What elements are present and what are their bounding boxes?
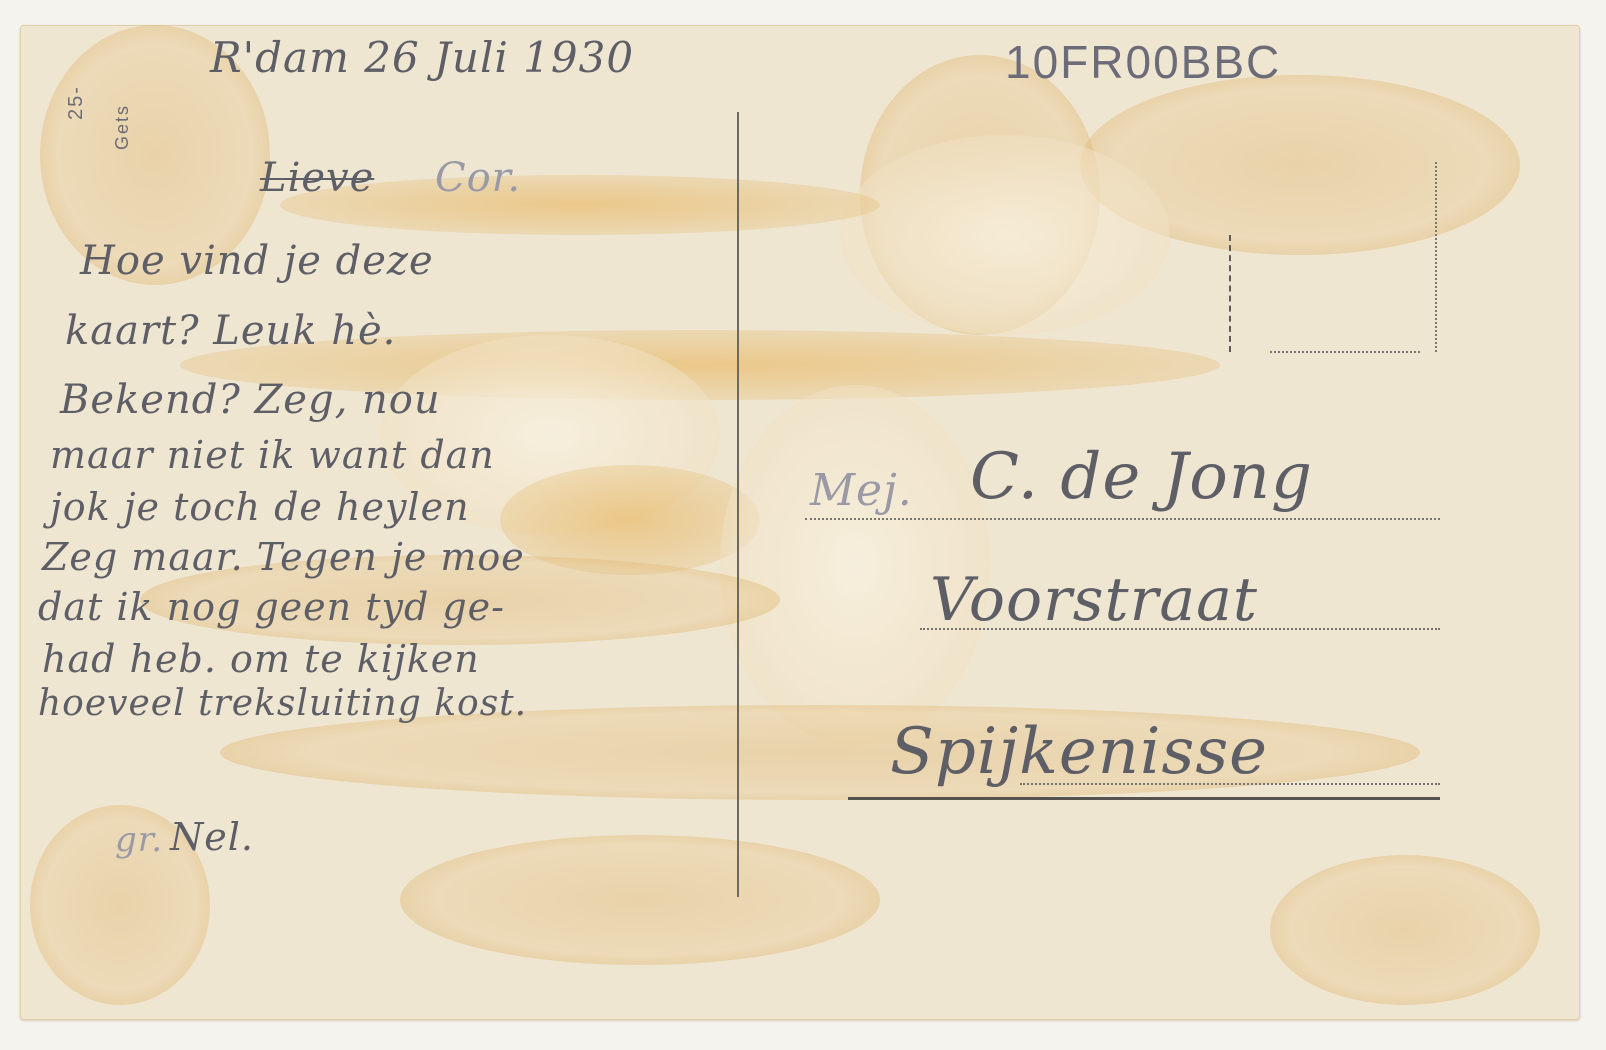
catalog-code: 10FR00BBC	[1005, 35, 1281, 89]
margin-code: Gets	[112, 104, 133, 150]
message-line: had heb. om te kijken	[42, 637, 480, 681]
address-line-4	[848, 797, 1440, 800]
stamp-box-right-edge	[1435, 162, 1437, 352]
margin-price: 25-	[65, 85, 88, 120]
stamp-box-left-edge	[1229, 235, 1231, 352]
signature-prefix: gr.	[115, 820, 163, 860]
address-salutation: Mej.	[810, 465, 913, 516]
salutation-struck: Lieve	[260, 155, 374, 201]
address-line-1	[805, 518, 1440, 520]
stamp-box-bottom-edge	[1270, 351, 1420, 353]
message-line: maar niet ik want dan	[50, 433, 495, 477]
message-line: jok je toch de heylen	[50, 485, 470, 529]
address-city: Spijkenisse	[890, 715, 1268, 789]
message-line: Bekend? Zeg, nou	[60, 377, 441, 423]
address-street: Voorstraat	[930, 565, 1258, 635]
message-line: hoeveel treksluiting kost.	[38, 683, 527, 724]
vertical-divider	[737, 112, 739, 897]
signature: Nel.	[170, 815, 254, 859]
message-line: Hoe vind je deze	[80, 238, 434, 284]
message-line: kaart? Leuk hè.	[65, 308, 396, 354]
message-line: dat ik nog geen tyd ge-	[38, 585, 505, 629]
stain-bottom-right	[1270, 855, 1540, 1005]
postcard-back: 25- Gets 10FR00BBC R'dam 26 Juli 1930 Li…	[20, 25, 1580, 1020]
stain-bottom-center	[400, 835, 880, 965]
address-name: C. de Jong	[970, 440, 1313, 514]
stain-peeled-center	[840, 135, 1170, 335]
date-line: R'dam 26 Juli 1930	[210, 33, 634, 82]
message-line: Zeg maar. Tegen je moe	[42, 535, 525, 579]
salutation: Cor.	[435, 155, 521, 201]
